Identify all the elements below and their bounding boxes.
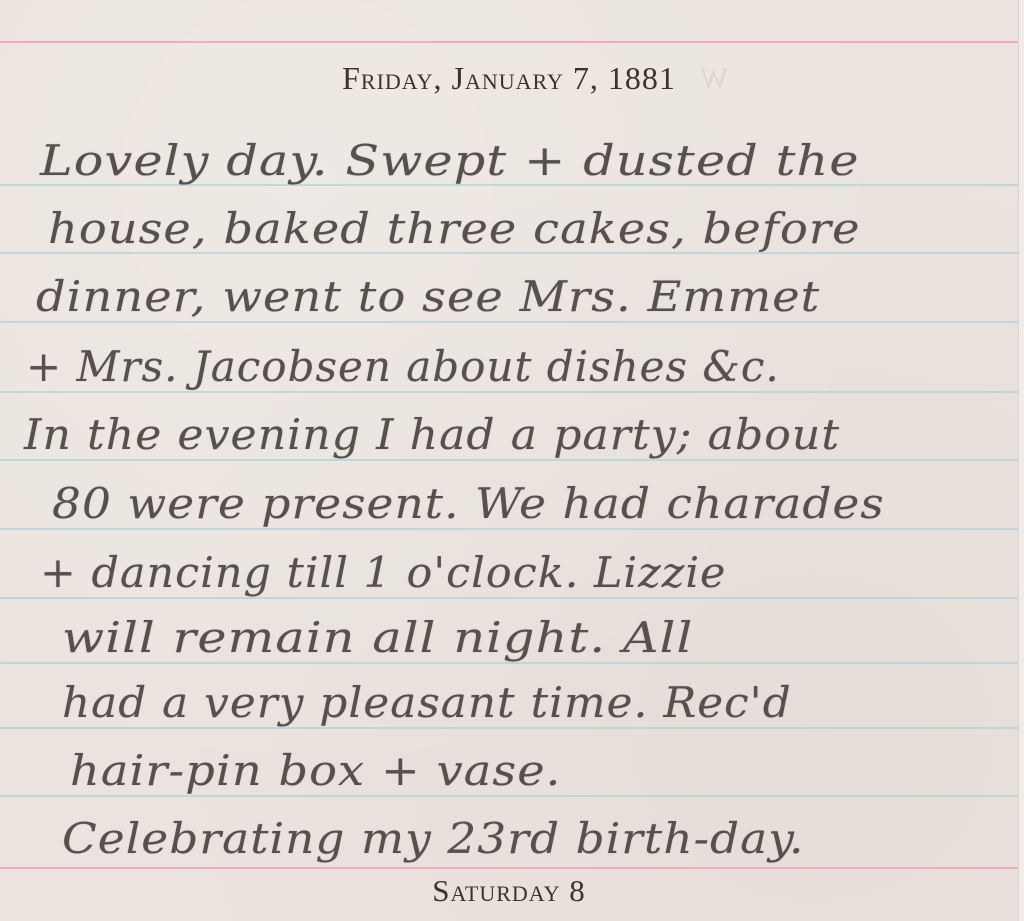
page-edge [1018,0,1024,921]
entry-line: + Mrs. Jacobsen about dishes &c. [26,342,780,391]
entry-line: In the evening I had a party; about [24,410,840,459]
entry-line: house, baked three cakes, before [48,204,861,253]
entry-line: Lovely day. Swept + dusted the [40,136,860,185]
ruled-line [0,459,1018,461]
ruled-line [0,321,1018,323]
entry-line: Celebrating my 23rd birth-day. [62,814,804,863]
next-date-heading: Saturday 8 [0,873,1018,909]
ruled-line [0,597,1018,599]
entry-line: dinner, went to see Mrs. Emmet [36,272,820,321]
diary-page: W Friday, January 7, 1881 Lovely day. Sw… [0,0,1018,921]
bottom-margin-rule [0,867,1018,869]
entry-line: will remain all night. All [62,613,693,662]
entry-line: had a very pleasant time. Rec'd [62,678,792,727]
ruled-line [0,727,1018,729]
entry-line: hair-pin box + vase. [70,746,561,795]
ruled-line [0,662,1018,664]
ruled-line [0,528,1018,530]
date-heading: Friday, January 7, 1881 [0,60,1018,97]
entry-line: + dancing till 1 o'clock. Lizzie [40,548,726,597]
entry-line: 80 were present. We had charades [52,479,885,528]
ruled-line [0,391,1018,393]
ruled-line [0,795,1018,797]
top-margin-rule [0,41,1018,43]
